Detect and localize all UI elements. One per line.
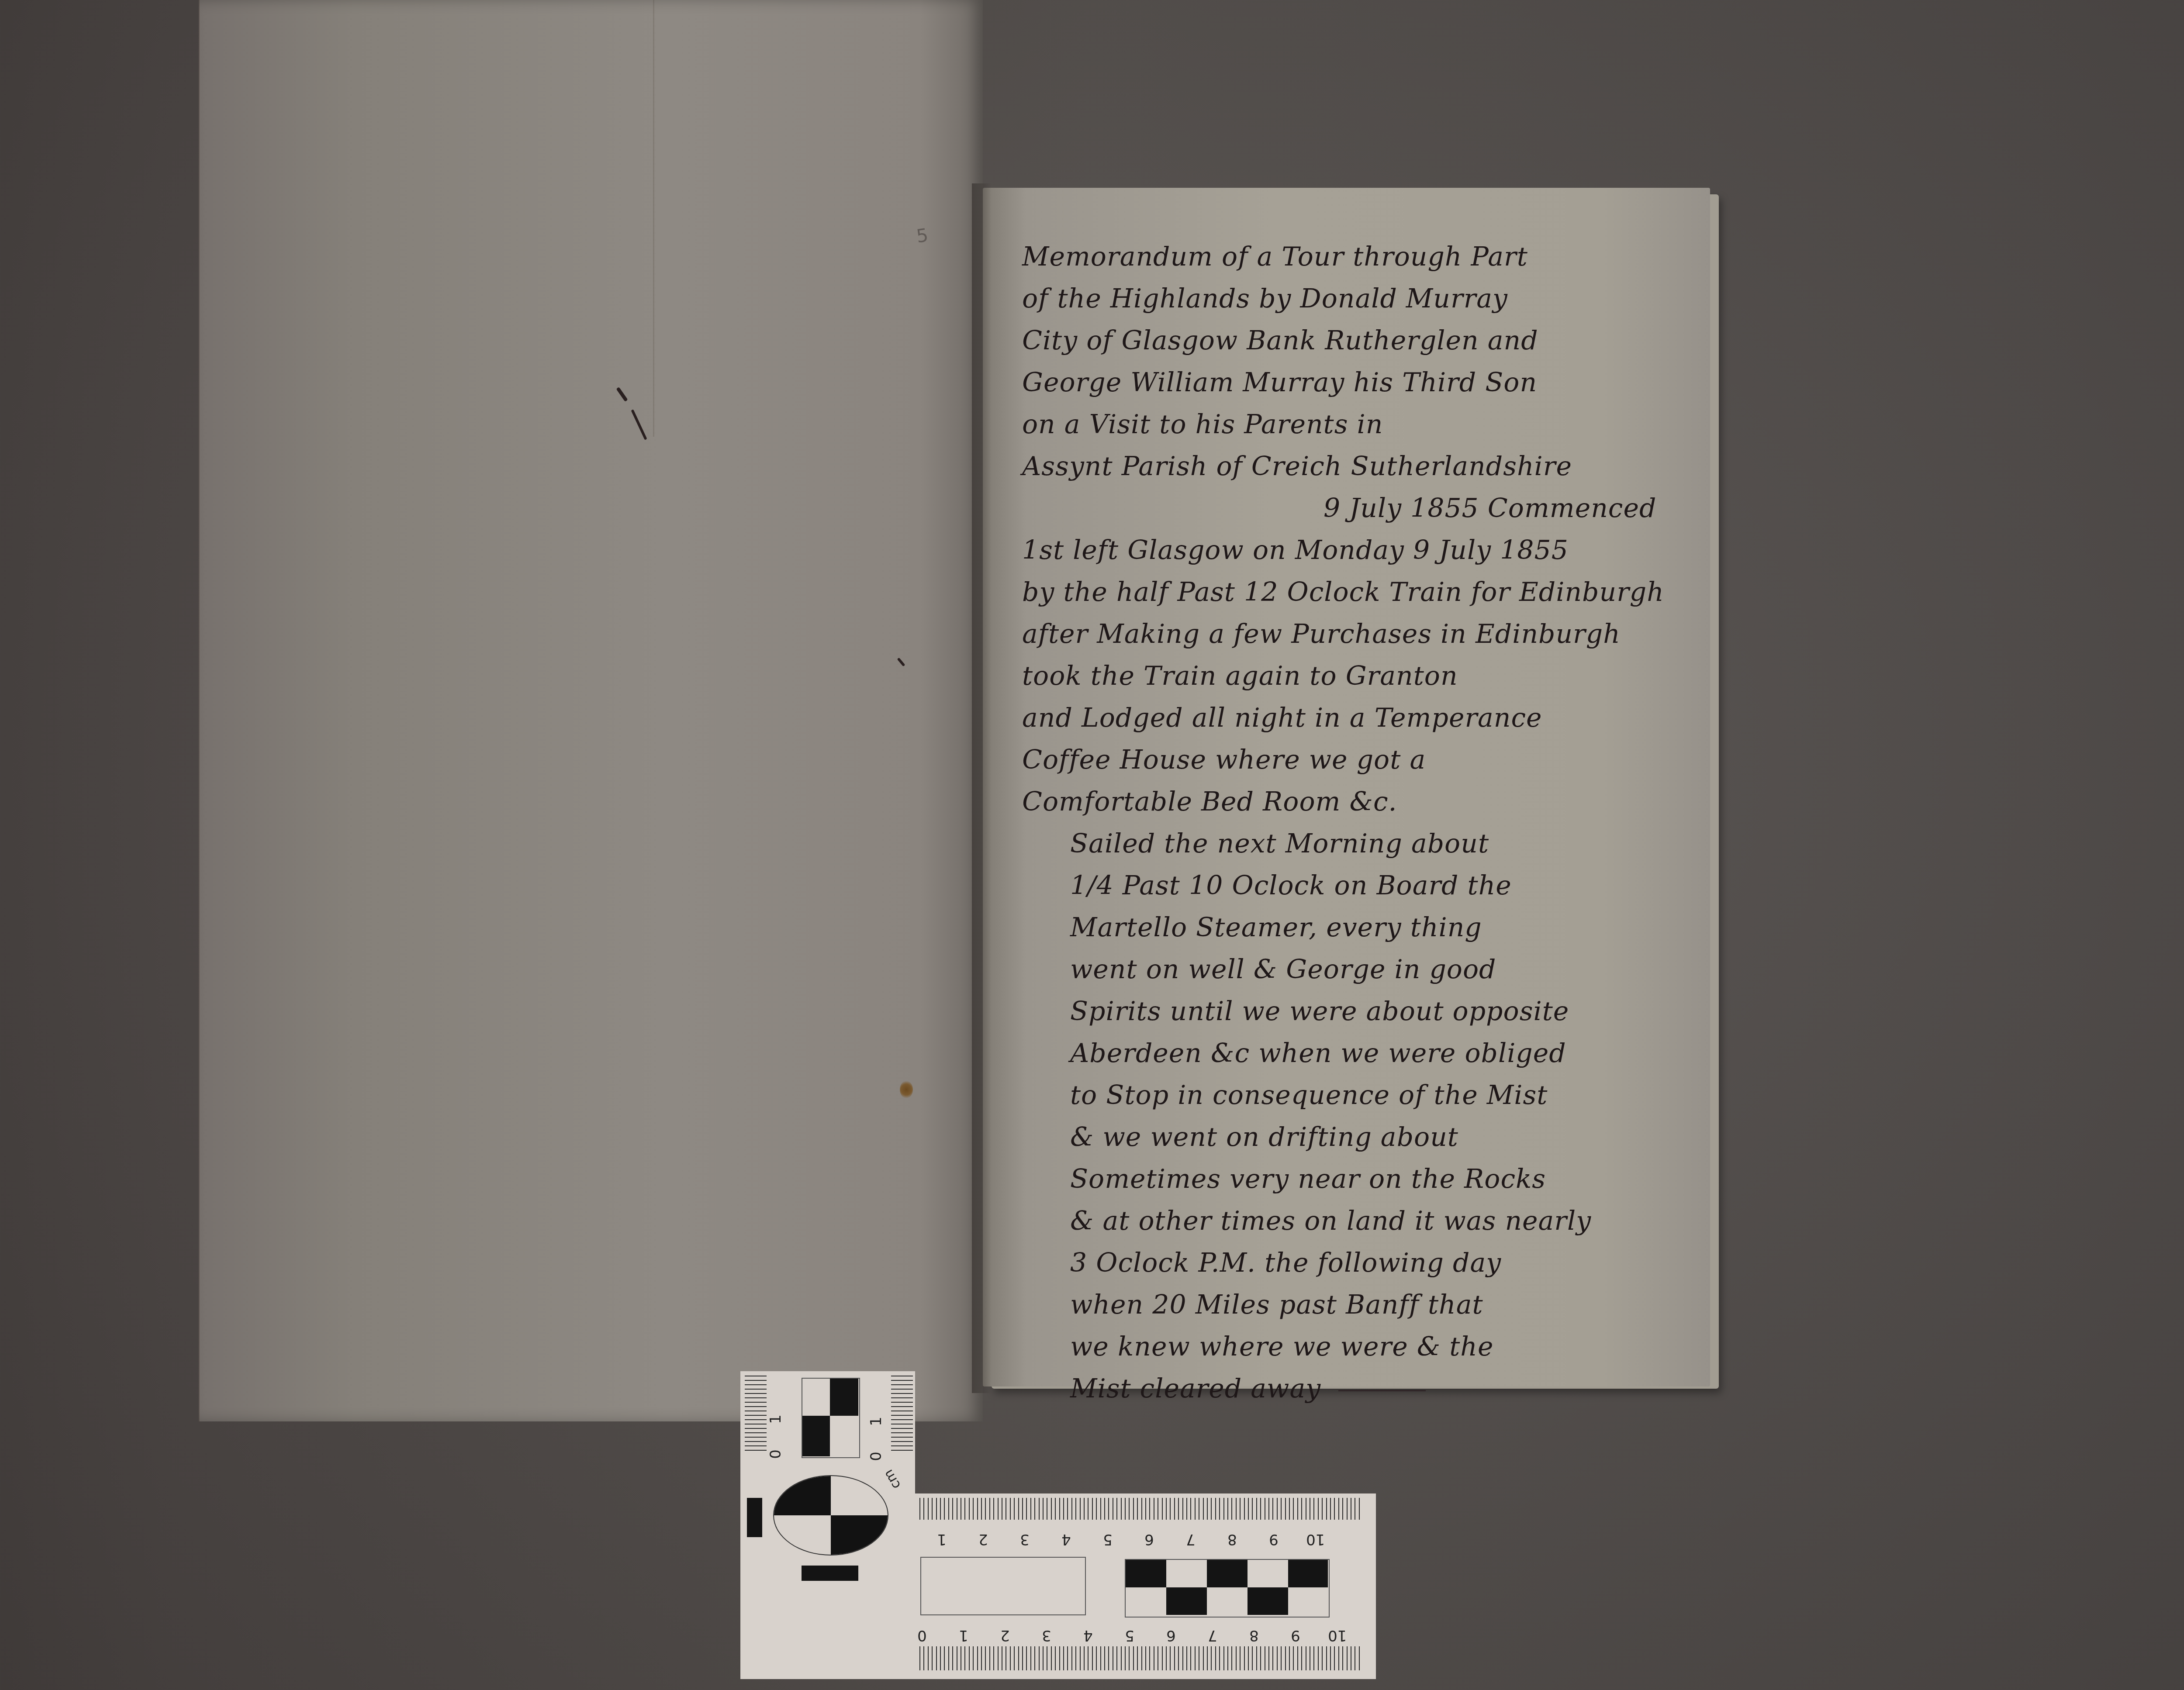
manuscript-line: 3 Oclock P.M. the following day [1022,1242,1704,1284]
scale-label: 9 [1291,1627,1300,1644]
manuscript-line: & at other times on land it was nearly [1022,1200,1704,1242]
foxing-stain [900,1081,913,1098]
scale-target-circle [773,1475,888,1555]
scale-check-black [1288,1560,1328,1587]
scale-unit-label: cm [881,1467,904,1492]
manuscript-line: when 20 Miles past Banff that [1022,1284,1704,1326]
manuscript-line: George William Murray his Third Son [1022,362,1704,404]
manuscript-line: & we went on drifting about [1022,1116,1704,1158]
scale-label: 10 [1328,1627,1347,1644]
scale-vertical-arm: 0 1 0 1 cm [740,1371,915,1679]
scale-label: 10 [1306,1531,1325,1548]
scale-label: 1 [867,1417,885,1426]
scale-label: 4 [1061,1531,1071,1548]
scale-label: 1 [767,1414,784,1424]
scale-horizontal-arm: 1 2 3 4 5 6 7 8 9 10 0 1 2 3 4 5 6 7 8 9… [915,1493,1376,1679]
manuscript-line: went on well & George in good [1022,948,1704,990]
scale-ticks [891,1376,913,1452]
scale-check-black [802,1416,830,1456]
manuscript-line: Aberdeen &c when we were obliged [1022,1032,1704,1074]
scale-label: 0 [867,1452,885,1461]
left-page-blank [199,0,983,1421]
scale-ticks [919,1646,1361,1670]
manuscript-line: we knew where we were & the [1022,1326,1704,1368]
scale-label: 5 [1125,1627,1134,1644]
manuscript-line: Comfortable Bed Room &c. [1022,781,1704,823]
scale-label: 9 [1269,1531,1279,1548]
scale-check-black [747,1498,762,1537]
manuscript-line: by the half Past 12 Oclock Train for Edi… [1022,571,1704,613]
manuscript-line: and Lodged all night in a Temperance [1022,697,1704,739]
scale-label: 7 [1208,1627,1217,1644]
scale-label: 1 [937,1531,947,1548]
scale-label: 1 [959,1627,968,1644]
scale-label: 2 [1000,1627,1010,1644]
scale-label: 6 [1166,1627,1176,1644]
scale-ticks [919,1498,1361,1520]
manuscript-line: on a Visit to his Parents in [1022,404,1704,445]
scale-check-black [802,1566,858,1581]
page-edge [199,0,200,1421]
page-crease [653,0,654,437]
manuscript-line: took the Train again to Granton [1022,655,1704,697]
manuscript-date-line: 9 July 1855 Commenced [1022,487,1704,529]
manuscript-line: of the Highlands by Donald Murray [1022,278,1704,320]
manuscript-line: after Making a few Purchases in Edinburg… [1022,613,1704,655]
scale-check-black [1126,1560,1166,1587]
scale-ticks [745,1376,767,1452]
scale-label: 0 [917,1627,927,1644]
scale-label: 3 [1020,1531,1030,1548]
scale-check-black [1207,1560,1248,1587]
manuscript-line: Assynt Parish of Creich Sutherlandshire [1022,445,1704,487]
scale-label: 3 [1042,1627,1051,1644]
scale-label: 0 [767,1449,784,1459]
manuscript-line: Memorandum of a Tour through Part [1022,236,1704,278]
scale-blank-box [920,1557,1086,1615]
scale-label: 4 [1083,1627,1093,1644]
scale-check-black [1248,1587,1288,1615]
scale-label: 8 [1227,1531,1237,1548]
manuscript-line: 1/4 Past 10 Oclock on Board the [1022,865,1704,907]
manuscript-line: Spirits until we were about opposite [1022,990,1704,1032]
scale-label: 2 [978,1531,988,1548]
manuscript-line: City of Glasgow Bank Rutherglen and [1022,320,1704,362]
scale-label: 8 [1249,1627,1259,1644]
manuscript-line: Sailed the next Morning about [1022,823,1704,865]
forensic-scale: 0 1 0 1 cm 1 2 3 4 5 6 7 8 9 10 0 1 [740,1371,1507,1683]
manuscript-text: Memorandum of a Tour through Part of the… [1022,236,1704,1410]
manuscript-line: Martello Steamer, every thing [1022,907,1704,948]
manuscript-line: Sometimes very near on the Rocks [1022,1158,1704,1200]
scale-check-black [830,1379,858,1416]
scale-label: 7 [1186,1531,1196,1548]
manuscript-line: 1st left Glasgow on Monday 9 July 1855 [1022,529,1704,571]
gutter-shadow [972,183,992,1393]
scale-label: 5 [1103,1531,1113,1548]
manuscript-line: to Stop in consequence of the Mist [1022,1074,1704,1116]
manuscript-line: Coffee House where we got a [1022,739,1704,781]
scale-label: 6 [1144,1531,1154,1548]
scale-check-black [1166,1587,1207,1615]
